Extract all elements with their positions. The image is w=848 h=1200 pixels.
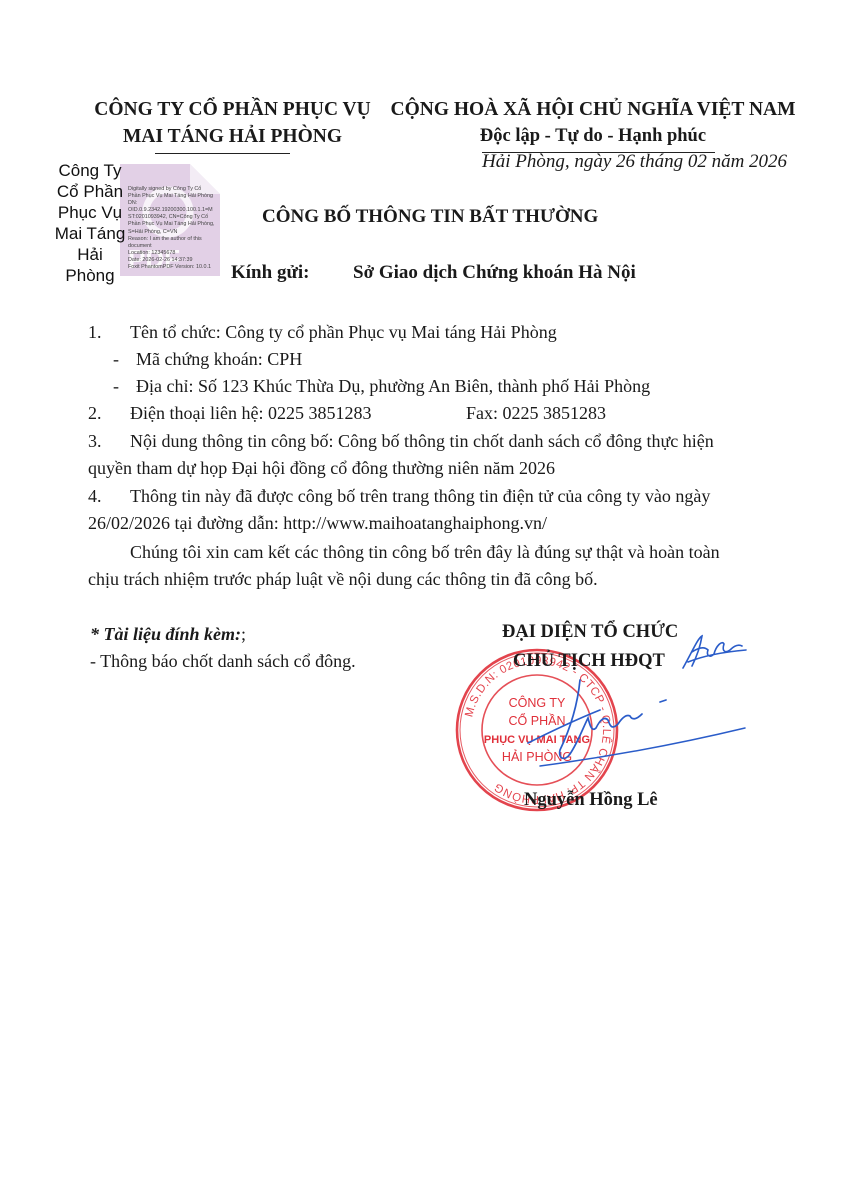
signature-detail-line: Phần Phục Vụ Mai Táng Hải Phòng [128, 193, 238, 200]
bullet-dash: - [113, 348, 119, 370]
signature-detail-line: S=Hải Phòng, C=VN [128, 229, 238, 236]
attachments-label-text: * Tài liệu đính kèm: [90, 624, 241, 644]
place-date: Hải Phòng, ngày 26 tháng 02 năm 2026 [482, 151, 787, 173]
signature-detail-line: Reason: I am the author of this [128, 236, 238, 243]
signer-name-line: Hải [40, 244, 140, 265]
stock-code: Mã chứng khoán: CPH [136, 348, 302, 370]
recipient-value: Sở Giao dịch Chứng khoán Hà Nội [353, 262, 636, 284]
item-number: 3. [88, 430, 102, 452]
company-header-underline [155, 153, 290, 154]
signature-detail-line: Phần Phục Vụ Mai Táng Hải Phòng, [128, 221, 238, 228]
signature-detail-line: Foxit PhantomPDF Version: 10.0.1 [128, 264, 238, 271]
document-title: CÔNG BỐ THÔNG TIN BẤT THƯỜNG [262, 206, 598, 228]
publication-link: 26/02/2026 tại đường dẫn: http://www.mai… [88, 512, 547, 534]
signature-detail-line: Location: 12345678 [128, 250, 238, 257]
disclosure-content-cont: quyền tham dự họp Đại hội đồng cổ đông t… [88, 457, 555, 479]
company-name-line1: CÔNG TY CỔ PHẦN PHỤC VỤ [60, 96, 405, 123]
attachments-label: * Tài liệu đính kèm:; [90, 624, 246, 645]
bullet-dash: - [113, 375, 119, 397]
company-header: CÔNG TY CỔ PHẦN PHỤC VỤ MAI TÁNG HẢI PHÒ… [60, 96, 405, 150]
signer-name-display: Công Ty Cổ Phần Phục Vụ Mai Táng Hải Phò… [40, 160, 140, 286]
commitment-line2: chịu trách nhiệm trước pháp luật về nội … [88, 568, 598, 590]
signature-detail-line: DN: [128, 200, 238, 207]
attachment-item: - Thông báo chốt danh sách cổ đông. [90, 651, 356, 672]
initials-scribble [678, 630, 748, 675]
signer-name-line: Phòng [40, 265, 140, 286]
address: Địa chỉ: Số 123 Khúc Thừa Dụ, phường An … [136, 375, 650, 397]
signer-name-line: Mai Táng [40, 223, 140, 244]
nation-title: CỘNG HOÀ XÃ HỘI CHỦ NGHĨA VIỆT NAM [388, 96, 798, 123]
phone: Điện thoại liên hệ: 0225 3851283 [130, 402, 371, 424]
signature-detail-line: Digitally signed by Công Ty Cổ [128, 186, 238, 193]
item-number: 2. [88, 402, 102, 424]
digital-signature-block[interactable]: PDF Công Ty Cổ Phần Phục Vụ Mai Táng Hải… [40, 160, 215, 290]
signature-detail-line: ST:0201093942, CN=Công Ty Cổ [128, 214, 238, 221]
item-number: 1. [88, 321, 102, 343]
national-motto: Độc lập - Tự do - Hạnh phúc [388, 123, 798, 150]
fax: Fax: 0225 3851283 [466, 402, 606, 424]
signer-name: Nguyễn Hồng Lê [524, 790, 658, 811]
signature-detail-line: document [128, 243, 238, 250]
signature-detail-line: Date: 2026-02-26 14:37:39 [128, 257, 238, 264]
recipient-label: Kính gửi: [231, 262, 309, 284]
signer-name-line: Phục Vụ [40, 202, 140, 223]
attachments-label-suffix: ; [241, 624, 246, 644]
item-number: 4. [88, 485, 102, 507]
signer-name-line: Công Ty [40, 160, 140, 181]
disclosure-content: Nội dung thông tin công bố: Công bố thôn… [130, 430, 714, 452]
signature-details: Digitally signed by Công Ty Cổ Phần Phục… [128, 186, 238, 271]
handwritten-signature [520, 670, 750, 780]
publication-info: Thông tin này đã được công bố trên trang… [130, 485, 710, 507]
company-name-line2: MAI TÁNG HẢI PHÒNG [60, 123, 405, 150]
national-header: CỘNG HOÀ XÃ HỘI CHỦ NGHĨA VIỆT NAM Độc l… [388, 96, 798, 150]
signer-name-line: Cổ Phần [40, 181, 140, 202]
representative-title: ĐẠI DIỆN TỔ CHỨC [502, 622, 678, 643]
commitment-line1: Chúng tôi xin cam kết các thông tin công… [130, 541, 720, 563]
signer-role: CHỦ TỊCH HĐQT [513, 651, 665, 672]
org-name: Tên tổ chức: Công ty cổ phần Phục vụ Mai… [130, 321, 557, 343]
